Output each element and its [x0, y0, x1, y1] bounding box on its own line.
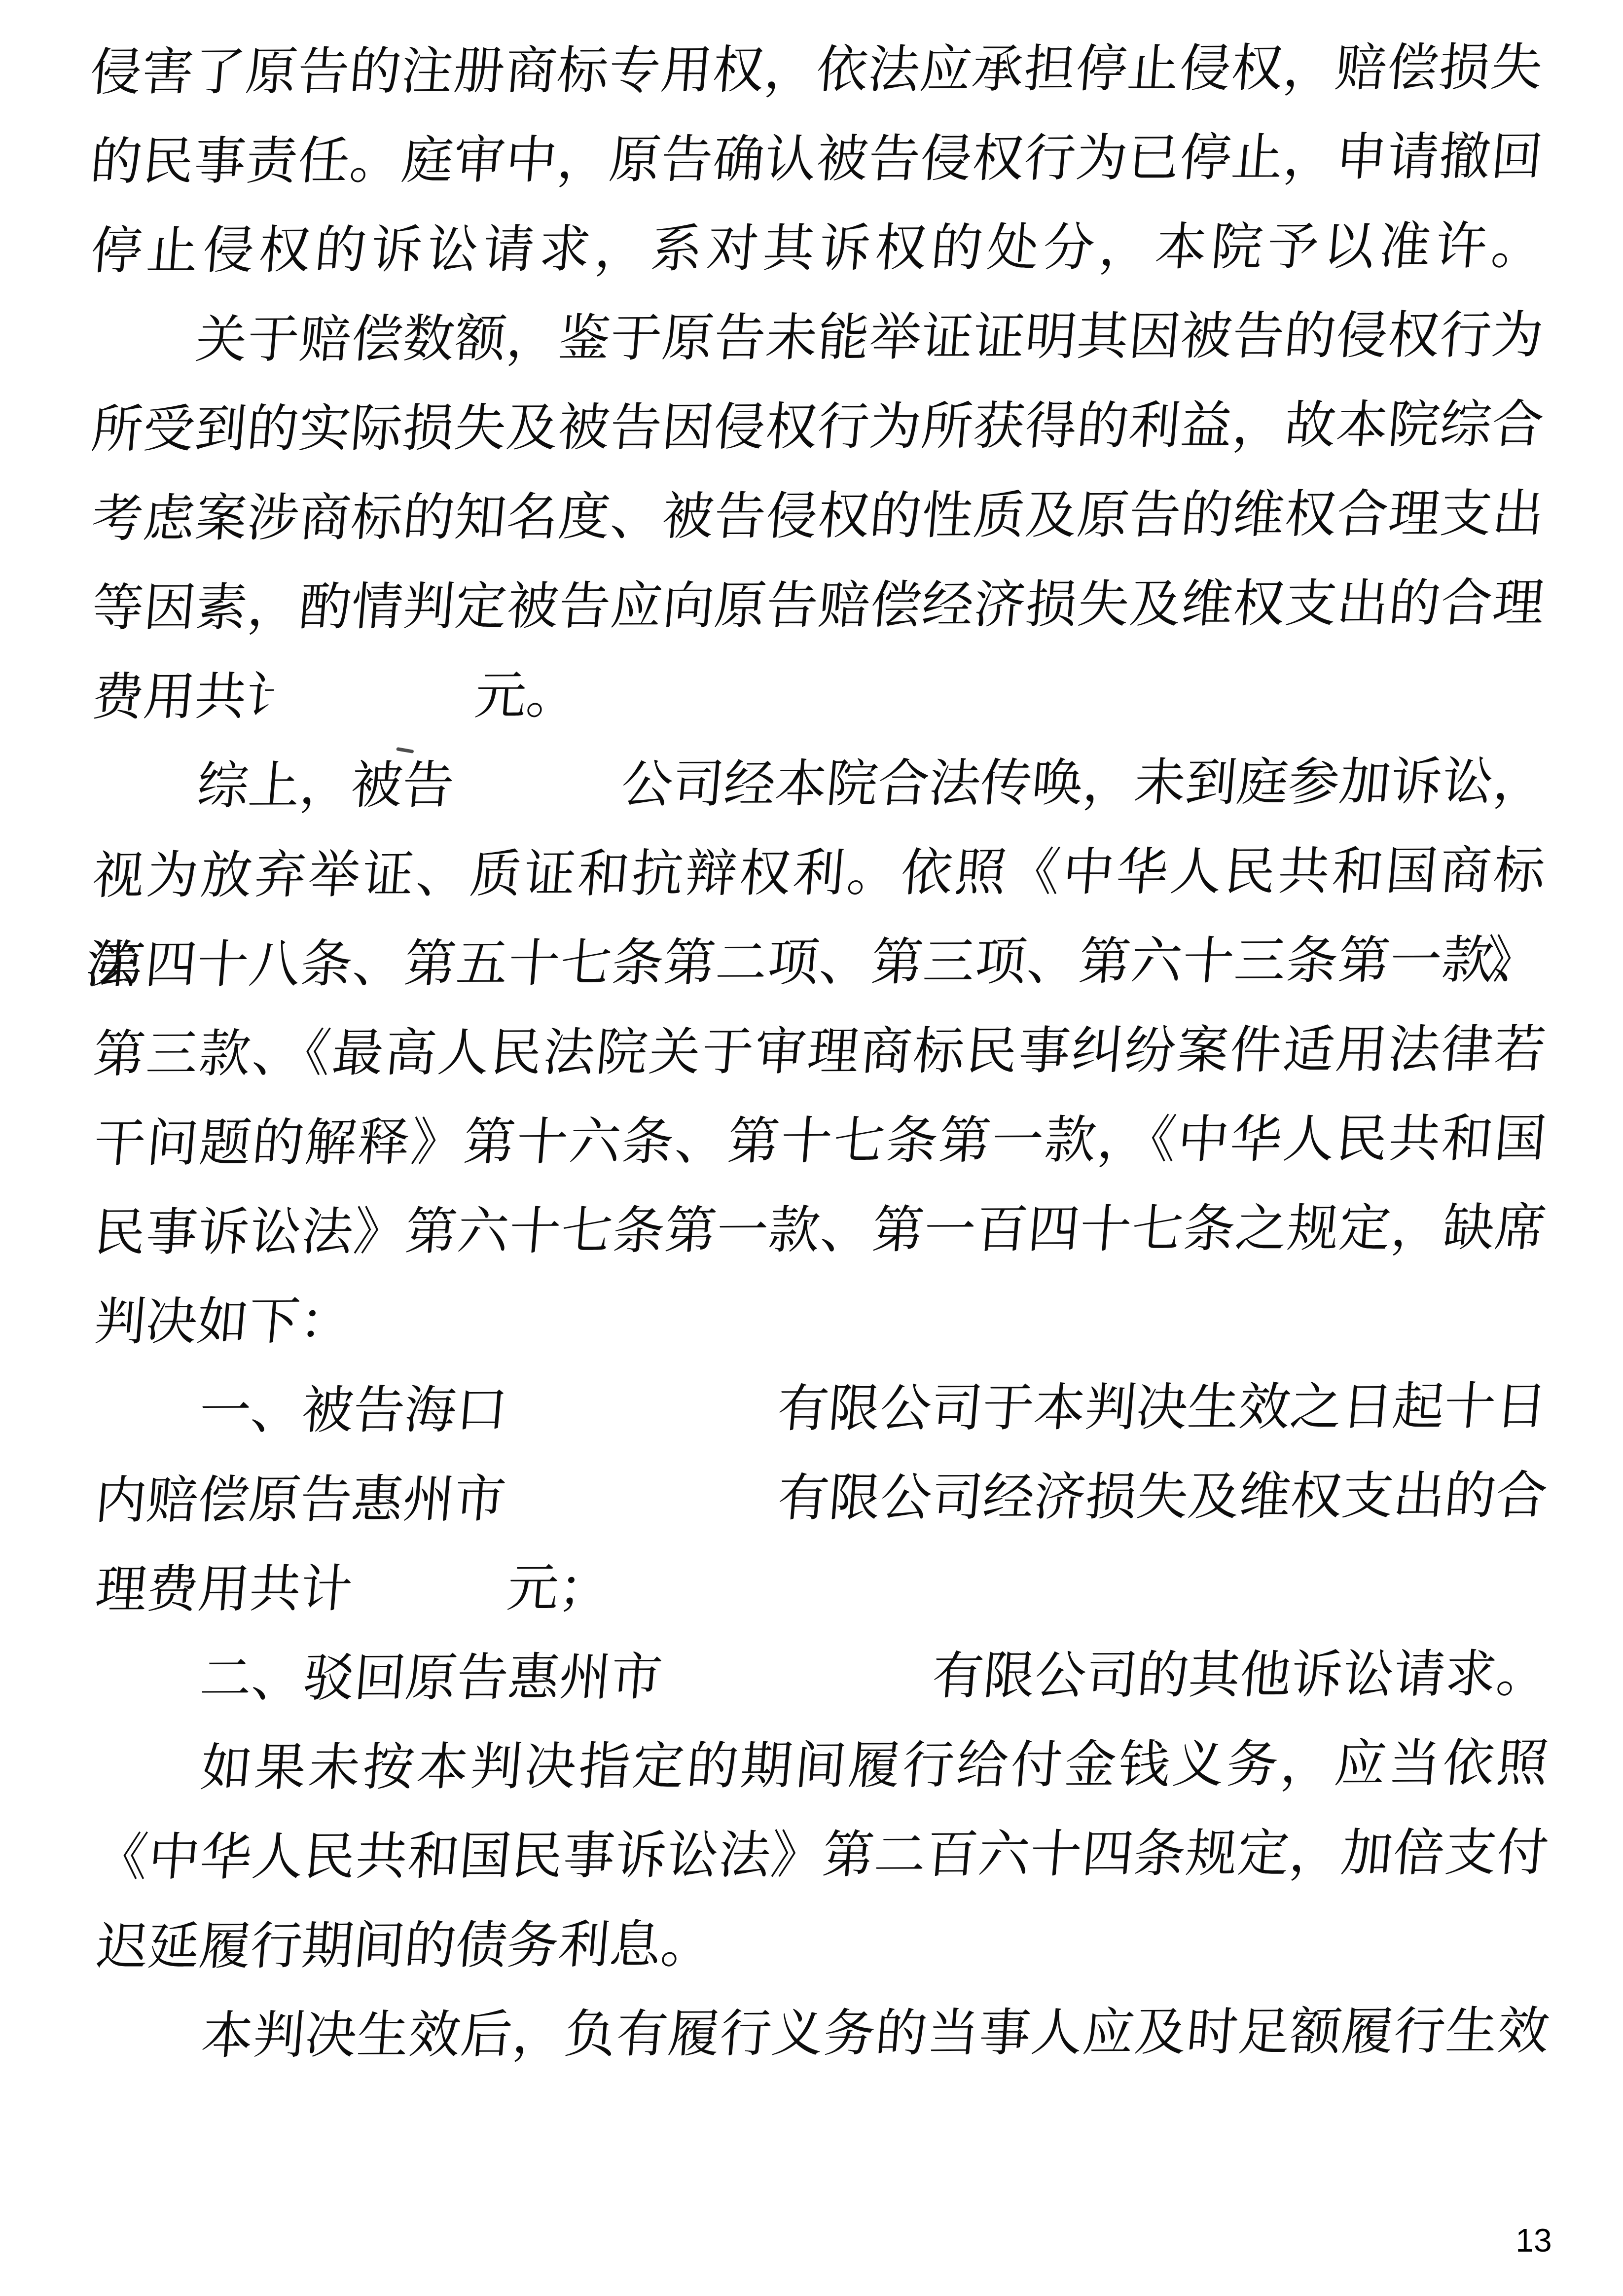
text-line: 侵害了原告的注册商标专用权，依法应承担停止侵权，赔偿损失	[86, 23, 1546, 117]
redaction-gap	[296, 713, 474, 714]
redaction-gap	[351, 1605, 506, 1606]
line-left-segment: 理费用共计	[92, 1544, 356, 1635]
page-number: 13	[1499, 2222, 1568, 2259]
text-line: 理费用共计元；	[92, 1541, 1551, 1635]
text-line: 迟延履行期间的债务利息。	[93, 1898, 1552, 1992]
text-line: 关于赔偿数额，鉴于原告未能举证证明其因被告的侵权行为	[87, 291, 1547, 385]
text-line: 干问题的解释》第十六条、第十七条第一款，《中华人民共和国	[90, 1094, 1550, 1188]
text-line: 内赔偿原告惠州市有限公司经济损失及维权支出的合	[92, 1451, 1551, 1545]
text-line: 《中华人民共和国民事诉讼法》第二百六十四条规定，加倍支付	[93, 1808, 1552, 1902]
text-line: 民事诉讼法》第六十七条第一款、第一百四十七条之规定，缺席	[91, 1184, 1550, 1278]
line-right-segment: 有限公司经济损失及维权支出的合	[774, 1451, 1551, 1543]
text-line: 停止侵权的诉讼请求，系对其诉权的处分，本院予以准许。	[87, 202, 1547, 296]
line-right-segment: 元。	[471, 651, 581, 741]
line-right-segment: 有限公司的其他诉讼请求。	[929, 1630, 1551, 1721]
document-page: { "page": { "page_number": "13", "lines"…	[0, 0, 1623, 2296]
half-erased-char: 计	[243, 652, 301, 742]
text-line: 所受到的实际损失及被告因侵权行为所获得的利益，故本院综合	[88, 380, 1547, 474]
line-right-segment: 公司经本院合法传唤，未到庭参加诉讼，	[617, 737, 1548, 830]
text-line: 费用共计元。	[89, 648, 1548, 742]
text-line: 的民事责任。庭审中，原告确认被告侵权行为已停止，申请撤回	[87, 112, 1546, 207]
text-line: 本判决生效后，负有履行义务的当事人应及时足额履行生效	[93, 1987, 1552, 2081]
line-left-segment: 综上，被告	[194, 741, 458, 831]
text-line: 第四十八条、第五十七条第二项、第三项、第六十三条第一款、	[90, 916, 1549, 1010]
text-line: 视为放弃举证、质证和抗辩权利。依照《中华人民共和国商标法》	[89, 826, 1549, 921]
line-left-segment: 内赔偿原告惠州市	[92, 1455, 509, 1545]
text-line: 如果未按本判决指定的期间履行给付金钱义务，应当依照	[92, 1719, 1551, 1813]
text-line: 综上，被告公司经本院合法传唤，未到庭参加诉讼，	[89, 737, 1549, 831]
text-line: 一、被告海口有限公司于本判决生效之日起十日	[91, 1362, 1551, 1456]
judgment-text: 侵害了原告的注册商标专用权，依法应承担停止侵权，赔偿损失的民事责任。庭审中，原告…	[90, 23, 1550, 2081]
text-line: 二、驳回原告惠州市有限公司的其他诉讼请求。	[92, 1630, 1551, 1724]
line-right-segment: 元；	[504, 1543, 613, 1633]
line-left-segment: 二、驳回原告惠州市	[197, 1633, 666, 1723]
line-left-segment: 费用共计	[89, 652, 301, 743]
line-left-segment: 一、被告海口	[196, 1365, 511, 1456]
text-line: 判决如下：	[91, 1273, 1550, 1367]
text-line: 等因素，酌情判定被告应向原告赔偿经济损失及维权支出的合理	[88, 559, 1548, 653]
text-line: 第三款、《最高人民法院关于审理商标民事纠纷案件适用法律若	[90, 1005, 1549, 1099]
line-right-segment: 有限公司于本判决生效之日起十日	[774, 1362, 1551, 1454]
text-line: 考虑案涉商标的知名度、被告侵权的性质及原告的维权合理支出	[88, 469, 1548, 564]
